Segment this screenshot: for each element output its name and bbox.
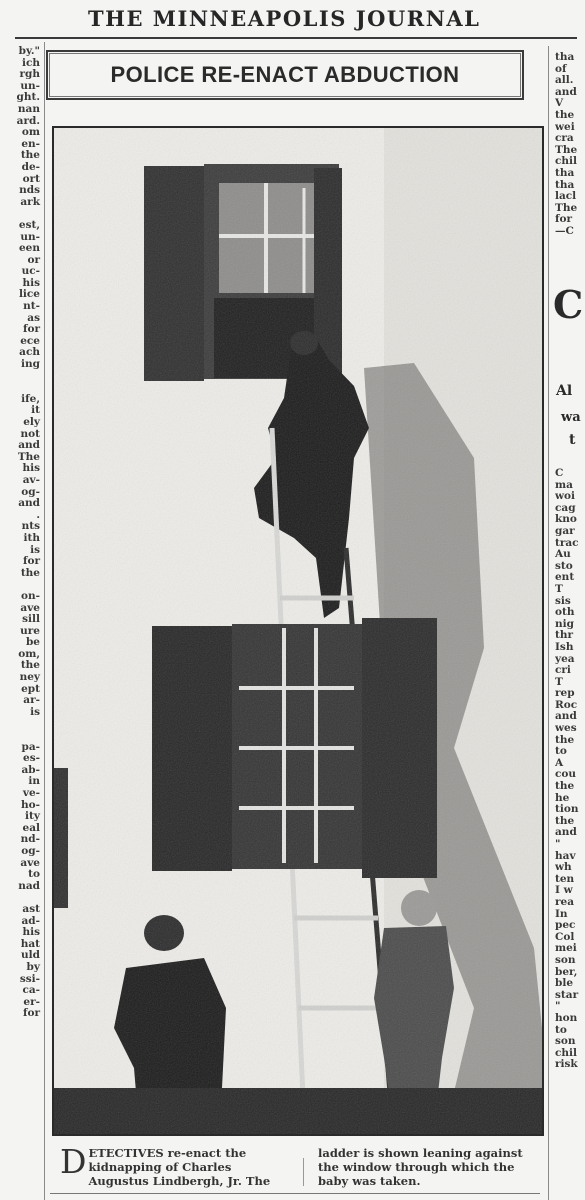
column-text-fragment: for: [0, 1008, 40, 1020]
column-text-fragment: ve-: [0, 788, 40, 800]
column-text-fragment: cri: [555, 665, 585, 677]
photo-caption: DETECTIVES re-enact the kidnapping of Ch…: [60, 1146, 540, 1190]
column-text-fragment: nds: [0, 185, 40, 197]
column-text-fragment: [0, 718, 40, 730]
column-text-fragment: om: [0, 127, 40, 139]
column-text-fragment: and: [0, 498, 40, 510]
masthead-rule: [15, 37, 577, 39]
column-text-fragment: on-: [0, 591, 40, 603]
right-column-subheading-3: t: [569, 432, 575, 448]
column-text-fragment: son: [555, 1036, 585, 1048]
right-column-divider: [548, 46, 549, 1200]
column-text-fragment: de-: [0, 162, 40, 174]
column-text-fragment: —C: [555, 226, 585, 238]
column-text-fragment: his: [0, 927, 40, 939]
newspaper-title: THE MINNEAPOLIS JOURNAL: [88, 6, 480, 31]
column-text-fragment: Ish: [555, 642, 585, 654]
right-column-subheading-2: wa: [561, 410, 581, 425]
column-text-fragment: nad: [0, 881, 40, 893]
right-column-subheading-1: Al: [556, 383, 572, 399]
column-text-fragment: gar: [555, 526, 585, 538]
right-column-heading-letter: C: [553, 282, 583, 327]
column-text-fragment: tha: [555, 168, 585, 180]
column-text-fragment: the: [0, 568, 40, 580]
column-text-fragment: to: [0, 869, 40, 881]
column-text-fragment: C: [555, 468, 585, 480]
left-article-column: by."ichrghun-ght.nanard.omen-thede-ortnd…: [0, 46, 40, 1020]
right-article-column-bottom: CmawoicagknogartracAustoentTsisothnigthr…: [555, 468, 585, 1071]
column-text-fragment: [0, 730, 40, 742]
column-text-fragment: hon: [555, 1013, 585, 1025]
headline-box: POLICE RE-ENACT ABDUCTION: [46, 50, 524, 100]
caption-left-text: ETECTIVES re-enact the kidnapping of Cha…: [88, 1146, 270, 1188]
column-text-fragment: for: [0, 556, 40, 568]
caption-drop-cap: D: [60, 1147, 86, 1177]
column-text-fragment: nan: [0, 104, 40, 116]
column-text-fragment: sill: [0, 614, 40, 626]
column-text-fragment: Au: [555, 549, 585, 561]
left-column-divider: [44, 42, 45, 1200]
photograph-icon: [54, 128, 542, 1134]
column-text-fragment: ely: [0, 417, 40, 429]
column-text-fragment: pec: [555, 920, 585, 932]
caption-right-column: ladder is shown leaning against the wind…: [318, 1146, 538, 1188]
column-text-fragment: nt-: [0, 301, 40, 313]
column-text-fragment: een: [0, 243, 40, 255]
caption-divider: [303, 1158, 304, 1186]
column-text-fragment: ": [555, 839, 585, 851]
column-text-fragment: ing: [0, 359, 40, 371]
column-text-fragment: ith: [0, 533, 40, 545]
news-photograph: [52, 126, 544, 1136]
column-text-fragment: son: [555, 955, 585, 967]
column-text-fragment: ca-: [0, 985, 40, 997]
column-text-fragment: T: [555, 584, 585, 596]
column-text-fragment: tha: [555, 52, 585, 64]
headline: POLICE RE-ENACT ABDUCTION: [48, 52, 522, 98]
column-text-fragment: ney: [0, 672, 40, 684]
column-text-fragment: rea: [555, 897, 585, 909]
column-text-fragment: [0, 371, 40, 383]
column-text-fragment: ble: [555, 978, 585, 990]
column-text-fragment: oth: [555, 607, 585, 619]
column-text-fragment: by.": [0, 46, 40, 58]
column-text-fragment: cra: [555, 133, 585, 145]
column-text-fragment: is: [0, 707, 40, 719]
column-text-fragment: lacl: [555, 191, 585, 203]
column-text-fragment: og-: [0, 846, 40, 858]
column-text-fragment: av-: [0, 475, 40, 487]
column-text-fragment: the: [555, 110, 585, 122]
column-text-fragment: wes: [555, 723, 585, 735]
column-text-fragment: est,: [0, 220, 40, 232]
column-text-fragment: the: [555, 781, 585, 793]
right-article-column-top: thaofall.andVtheweicraThechilthathalaclT…: [555, 52, 585, 238]
column-text-fragment: ast: [0, 904, 40, 916]
masthead: THE MINNEAPOLIS JOURNAL: [0, 0, 585, 36]
column-text-fragment: ark: [0, 197, 40, 209]
bottom-rule: [50, 1193, 540, 1194]
column-text-fragment: by: [0, 962, 40, 974]
caption-left-column: DETECTIVES re-enact the kidnapping of Ch…: [60, 1146, 282, 1188]
column-text-fragment: risk: [555, 1059, 585, 1071]
